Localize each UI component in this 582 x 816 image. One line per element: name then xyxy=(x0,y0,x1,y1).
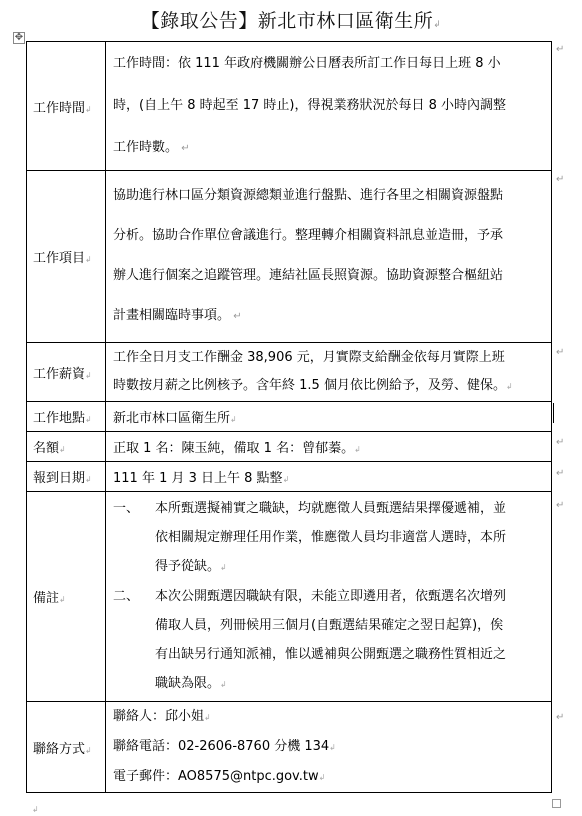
row-end-mark-icon: ↵ xyxy=(556,174,564,185)
row-content[interactable]: 一、本所甄選擬補實之職缺，均就應徵人員甄選結果擇優遞補，並 依相關規定辦理任用作… xyxy=(106,492,552,702)
return-mark-icon: ↵ xyxy=(178,143,190,154)
content-line: 得予從缺。↲ xyxy=(113,552,545,582)
content-line: 協助進行林口區分類資源總類並進行盤點、進行各里之相關資源盤點 xyxy=(113,176,545,216)
row-end-mark-icon: ↵ xyxy=(556,44,564,55)
table-row-report-date: 報到日期↲ 111 年 1 月 3 日上午 8 點整↲ xyxy=(27,462,552,492)
paragraph-mark-icon: ↲ xyxy=(59,445,66,454)
content-line-text: 職缺為限。 xyxy=(155,676,220,691)
content-line: 時，(自上午 8 時起至 17 時止)，得視業務狀況於每日 8 小時內調整 xyxy=(113,85,545,127)
label-text: 備註 xyxy=(33,591,59,606)
label-text: 聯絡方式 xyxy=(33,742,85,757)
paragraph-mark-icon: ↲ xyxy=(85,475,92,484)
paragraph-mark-icon: ↲ xyxy=(220,680,227,689)
content-line-text: 聯絡電話：02-2606-8760 分機 134 xyxy=(113,739,329,754)
content-line-text: 計畫相關臨時事項。 xyxy=(113,308,230,323)
row-end-mark-icon: ↵ xyxy=(556,500,564,511)
row-label: 名額↲ xyxy=(27,432,106,462)
label-text: 名額 xyxy=(33,441,59,456)
paragraph-mark-icon: ↲ xyxy=(85,105,92,114)
content-line: 111 年 1 月 3 日上午 8 點整 xyxy=(113,471,283,486)
content-line-text: 時數按月薪之比例核予。含年終 1.5 個月依比例給予，及勞、健保。 xyxy=(113,378,506,393)
content-line-text: 本次公開甄選因職缺有限，未能立即遴用者，依甄選名次增列 xyxy=(155,589,506,604)
document-title: 【錄取公告】新北市林口區衛生所↲ xyxy=(0,6,582,33)
contact-phone: 聯絡電話：02-2606-8760 分機 134↲ xyxy=(113,732,545,762)
content-line: 依相關規定辦理任用作業，惟應徵人員均非適當人選時，本所 xyxy=(113,523,545,552)
remark-item-1: 一、本所甄選擬補實之職缺，均就應徵人員甄選結果擇優遞補，並 xyxy=(113,494,545,523)
row-label: 工作薪資↲ xyxy=(27,343,106,402)
paragraph-mark-icon: ↲ xyxy=(329,743,336,752)
paragraph-mark-icon: ↲ xyxy=(59,595,66,604)
table-row-contact: 聯絡方式↲ 聯絡人：邱小姐↲ 聯絡電話：02-2606-8760 分機 134↲… xyxy=(27,702,552,793)
content-line: 工作時間：依 111 年政府機關辦公日曆表所訂工作日每日上班 8 小 xyxy=(113,43,545,85)
text-cursor xyxy=(553,403,554,423)
table-resize-handle[interactable] xyxy=(552,799,561,808)
row-label: 工作時間↲ xyxy=(27,42,106,171)
row-label: 聯絡方式↲ xyxy=(27,702,106,793)
table-row-remarks: 備註↲ 一、本所甄選擬補實之職缺，均就應徵人員甄選結果擇優遞補，並 依相關規定辦… xyxy=(27,492,552,702)
paragraph-mark-icon: ↲ xyxy=(85,255,92,264)
content-line: 職缺為限。↲ xyxy=(113,669,545,699)
content-line-text: 聯絡人：邱小姐 xyxy=(113,709,204,724)
row-content[interactable]: 協助進行林口區分類資源總類並進行盤點、進行各里之相關資源盤點 分析。協助合作單位… xyxy=(106,171,552,343)
table-row-work-items: 工作項目↲ 協助進行林口區分類資源總類並進行盤點、進行各里之相關資源盤點 分析。… xyxy=(27,171,552,343)
remark-item-2: 二、本次公開甄選因職缺有限，未能立即遴用者，依甄選名次增列 xyxy=(113,582,545,611)
table-move-handle-icon[interactable]: ✥ xyxy=(13,32,25,44)
row-end-mark-icon: ↵ xyxy=(556,712,564,723)
row-label: 工作地點↲ xyxy=(27,402,106,432)
document-title-text: 【錄取公告】新北市林口區衛生所 xyxy=(141,10,434,32)
row-end-mark-icon: ↵ xyxy=(556,437,564,448)
paragraph-mark-icon: ↲ xyxy=(230,415,237,424)
table-row-quota: 名額↲ 正取 1 名：陳玉純，備取 1 名：曾郁蓁。↲ xyxy=(27,432,552,462)
return-mark-icon: ↵ xyxy=(230,311,242,322)
table-row-work-hours: 工作時間↲ 工作時間：依 111 年政府機關辦公日曆表所訂工作日每日上班 8 小… xyxy=(27,42,552,171)
content-line-text: 本所甄選擬補實之職缺，均就應徵人員甄選結果擇優遞補，並 xyxy=(155,501,506,516)
paragraph-mark-icon: ↲ xyxy=(85,371,92,380)
table-row-location: 工作地點↲ 新北市林口區衛生所↲ xyxy=(27,402,552,432)
notice-table: 工作時間↲ 工作時間：依 111 年政府機關辦公日曆表所訂工作日每日上班 8 小… xyxy=(26,41,552,793)
paragraph-mark-icon: ↲ xyxy=(506,382,513,391)
contact-person: 聯絡人：邱小姐↲ xyxy=(113,702,545,732)
row-content[interactable]: 工作時間：依 111 年政府機關辦公日曆表所訂工作日每日上班 8 小 時，(自上… xyxy=(106,42,552,171)
row-content[interactable]: 工作全日月支工作酬金 38,906 元，月實際支給酬金依每月實際上班 時數按月薪… xyxy=(106,343,552,402)
content-line: 分析。協助合作單位會議進行。整理轉介相關資料訊息並造冊，予承 xyxy=(113,216,545,256)
paragraph-mark-icon: ↲ xyxy=(220,563,227,572)
row-label: 工作項目↲ xyxy=(27,171,106,343)
content-line: 辦人進行個案之追蹤管理。連結社區長照資源。協助資源整合樞紐站 xyxy=(113,256,545,296)
paragraph-mark-icon: ↲ xyxy=(433,20,441,30)
list-number: 二、 xyxy=(113,582,155,611)
label-text: 工作地點 xyxy=(33,411,85,426)
content-line-text: 得予從缺。 xyxy=(155,559,220,574)
paragraph-mark-icon: ↲ xyxy=(85,746,92,755)
list-number: 一、 xyxy=(113,494,155,523)
paragraph-mark-icon: ↲ xyxy=(354,445,361,454)
row-content[interactable]: 111 年 1 月 3 日上午 8 點整↲ xyxy=(106,462,552,492)
content-line-text: 工作時數。 xyxy=(113,140,178,155)
content-line: 新北市林口區衛生所 xyxy=(113,411,230,426)
row-content[interactable]: 新北市林口區衛生所↲ xyxy=(106,402,552,432)
table-row-salary: 工作薪資↲ 工作全日月支工作酬金 38,906 元，月實際支給酬金依每月實際上班… xyxy=(27,343,552,402)
paragraph-mark-icon: ↲ xyxy=(204,713,211,722)
label-text: 工作薪資 xyxy=(33,367,85,382)
row-label: 報到日期↲ xyxy=(27,462,106,492)
label-text: 報到日期 xyxy=(33,471,85,486)
contact-email[interactable]: 電子郵件：AO8575@ntpc.gov.tw↲ xyxy=(113,762,545,792)
row-end-mark-icon: ↵ xyxy=(556,347,564,358)
content-line: 計畫相關臨時事項。 ↵ xyxy=(113,296,545,337)
content-line: 有出缺另行通知派補，惟以遞補與公開甄選之職務性質相近之 xyxy=(113,640,545,669)
content-line: 正取 1 名：陳玉純，備取 1 名：曾郁蓁。 xyxy=(113,441,354,456)
row-content[interactable]: 正取 1 名：陳玉純，備取 1 名：曾郁蓁。↲ xyxy=(106,432,552,462)
label-text: 工作項目 xyxy=(33,251,85,266)
paragraph-mark-icon: ↲ xyxy=(85,415,92,424)
content-line: 工作全日月支工作酬金 38,906 元，月實際支給酬金依每月實際上班 xyxy=(113,344,545,372)
paragraph-mark-icon: ↲ xyxy=(319,773,326,782)
email-link[interactable]: 電子郵件：AO8575@ntpc.gov.tw xyxy=(113,769,319,784)
content-line: 時數按月薪之比例核予。含年終 1.5 個月依比例給予，及勞、健保。↲ xyxy=(113,372,545,401)
label-text: 工作時間 xyxy=(33,101,85,116)
row-label: 備註↲ xyxy=(27,492,106,702)
paragraph-mark-icon: ↲ xyxy=(32,805,39,814)
content-line: 工作時數。 ↵ xyxy=(113,127,545,170)
row-end-mark-icon: ↵ xyxy=(556,468,564,479)
row-content[interactable]: 聯絡人：邱小姐↲ 聯絡電話：02-2606-8760 分機 134↲ 電子郵件：… xyxy=(106,702,552,793)
paragraph-mark-icon: ↲ xyxy=(283,475,290,484)
content-line: 備取人員，列冊候用三個月(自甄選結果確定之翌日起算)，俟 xyxy=(113,611,545,640)
